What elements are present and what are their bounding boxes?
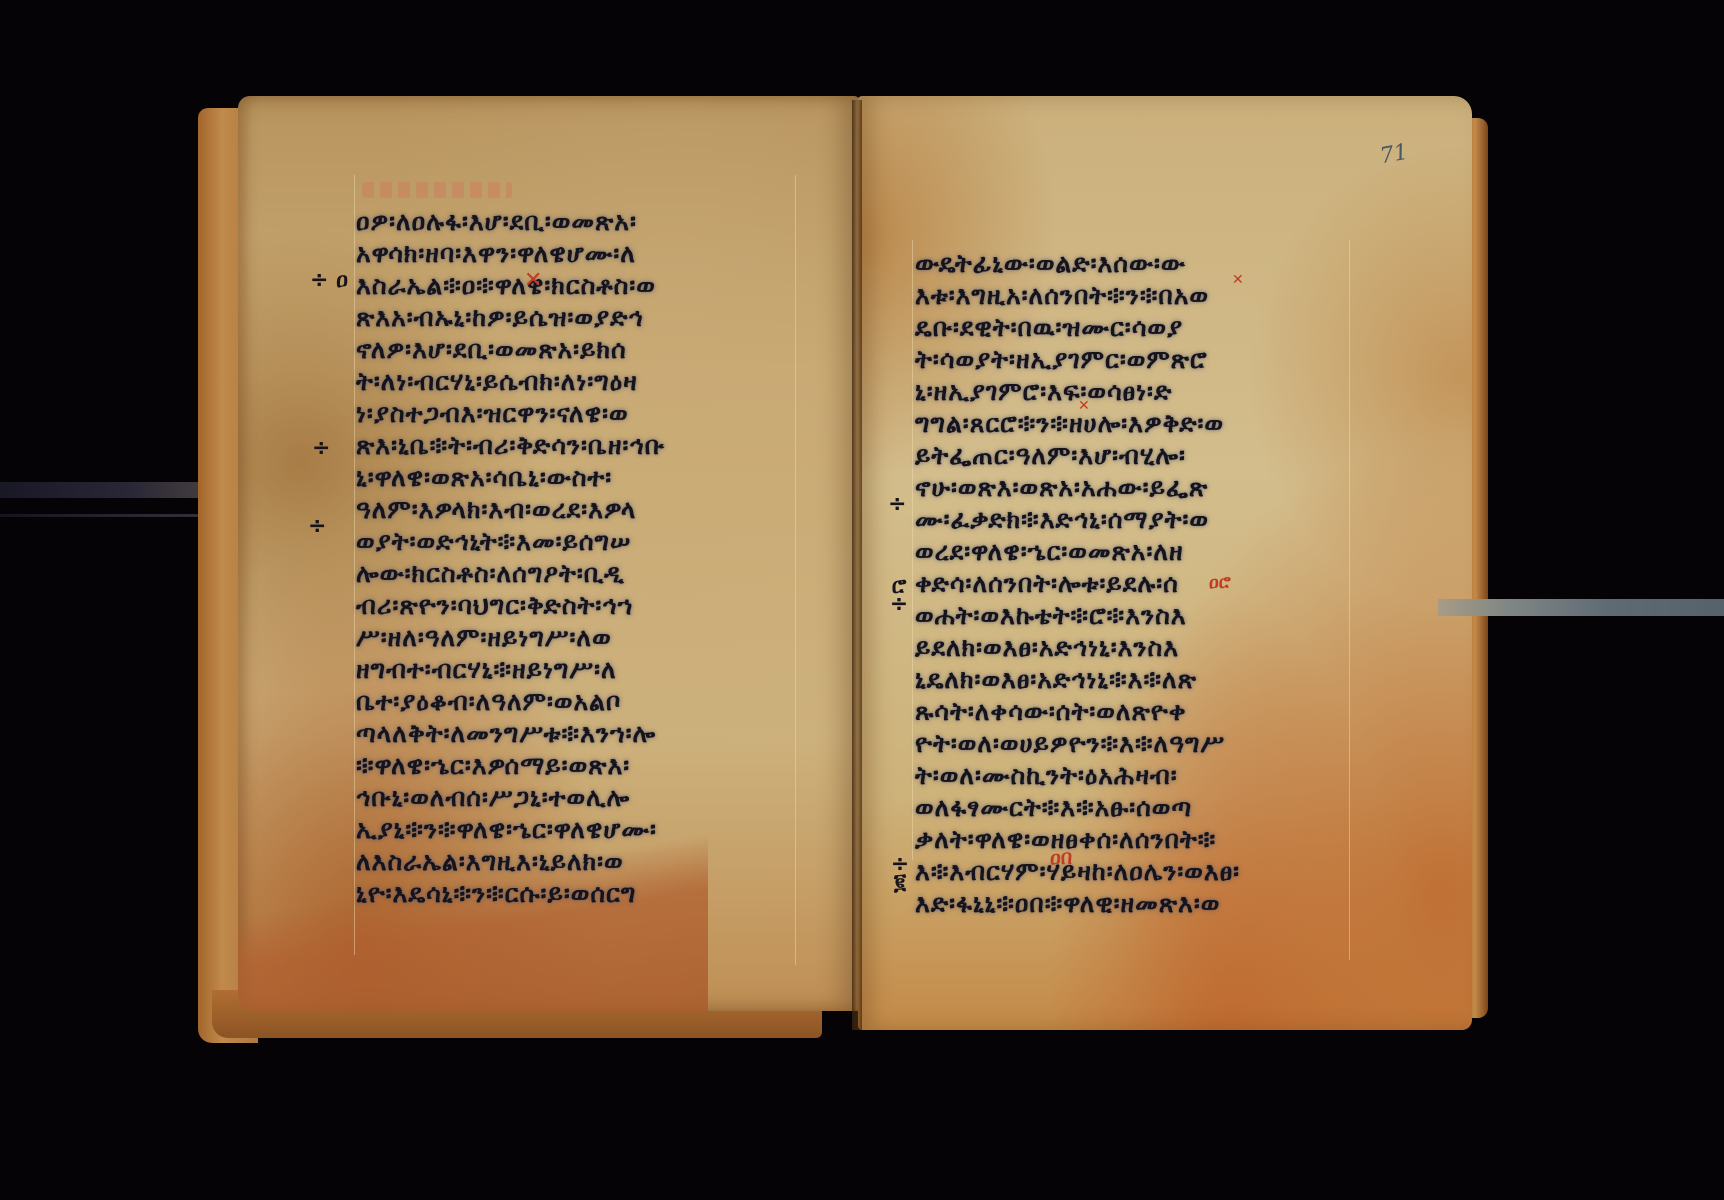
rubric-mark: ✕ <box>524 268 542 293</box>
text-line: ኒዴለክ፡ወእፀ፡አድኅነኒ፨እ፨ለጽ <box>915 664 1385 696</box>
text-line: አዋሳክ፡ዘባ፡እዋን፡ዋለዌሆሙ፡ለ <box>356 238 831 270</box>
text-line: ኖሁ፡ወጽእ፡ወጽአ፡አሐው፡ይፌጽ <box>915 472 1385 504</box>
faded-rubric-heading <box>362 182 512 198</box>
text-line: ት፡ሳወያት፡ዘኢያገምር፡ወምጽሮ <box>915 344 1385 376</box>
text-line: ወረደ፡ዋለዌ፡ኄር፡ወመጽአ፡ለዘ <box>915 536 1385 568</box>
text-line: ዴቡ፡ደዊት፡በዉ፡ዝሙር፡ሳወያ <box>915 312 1385 344</box>
text-line: ወሐት፡ወእኩቴት፨ሮ፨እንስእ <box>915 600 1385 632</box>
text-line: ቤተ፡ያዕቆብ፡ለዓለም፡ወአልቦ <box>356 686 831 718</box>
text-line: ግግል፡ጸርሮ፨ን፨ዘሀሎ፡እዎቅድ፡ወ <box>915 408 1385 440</box>
text-line: ሥ፡ዘለ፡ዓለም፡ዘይነግሥ፡ለወ <box>356 622 831 654</box>
text-line: ጹሳት፡ለቀሳው፡ሰት፡ወለጽዮቀ <box>915 696 1385 728</box>
text-line: ሙ፡ፈቃድክ፨እድኅኒ፡ሰማያት፡ወ <box>915 504 1385 536</box>
text-line: ጽእ፡ኒቤ፨ት፡ብሪ፡ቅድሳን፡ቤዘ፡ኅቡ <box>356 430 831 462</box>
section-mark: ÷ <box>888 496 906 514</box>
text-line: ዮት፡ወለ፡ወሀይዎዮን፨እ፨ለዓግሥ <box>915 728 1385 760</box>
text-line: ፨ዋለዌ፡ኄር፡እዎሰማይ፡ወጽእ፡ <box>356 750 831 782</box>
section-mark: ÷ ዐ <box>310 272 348 290</box>
text-line: ብሪ፡ጽዮን፡ባህግር፡ቅድስት፡ኅኀ <box>356 590 831 622</box>
right-page-text: ውዴትፊኒው፡ወልድ፡እሰው፡ው እቱ፡እግዚአ፡ለሰንበት፨ን፨በአወ ዴቡ፡… <box>915 248 1385 920</box>
rubric-mark: ዐበ <box>1050 845 1072 869</box>
text-line: ይትፌጠር፡ዓለም፡እሆ፡ብሂሎ፡ <box>915 440 1385 472</box>
right-bookmark-ribbon <box>1438 599 1724 616</box>
text-line: እ፨እብርሃም፡ሃይዛከ፡ለዐሌን፡ወእፀ፡ <box>915 856 1385 888</box>
text-line: ት፡ወለ፡ሙስኪንት፡ዕአሕዛብ፡ <box>915 760 1385 792</box>
section-mark: ÷ <box>312 440 330 458</box>
left-page-text: ዐዎ፡ለዐሉፋ፡እሆ፡ደቢ፡ወመጽአ፡ አዋሳክ፡ዘባ፡እዋን፡ዋለዌሆሙ፡ለ … <box>356 206 831 910</box>
text-line: ኅቡኒ፡ወለብሰ፡ሥጋኒ፡ተወሊሎ <box>356 782 831 814</box>
text-line: ይደለክ፡ወእፀ፡አድኅነኒ፡እንስእ <box>915 632 1385 664</box>
rubric-mark: ✕ <box>1232 272 1244 288</box>
text-line: ጣላለቅት፡ለመንግሥቱ፨እንኀ፡ሎ <box>356 718 831 750</box>
text-line: ቀድሳ፡ለሰንበት፡ሎቱ፡ይደሉ፡ሰ <box>915 568 1385 600</box>
rubric-mark: ✕ <box>1078 398 1090 414</box>
section-mark: ÷ <box>308 518 326 536</box>
text-line: እስራኤል፨ዐ፨ዋለዌ፡ክርስቶስ፡ወ <box>356 270 831 302</box>
section-mark: ሮ ÷ <box>884 578 914 614</box>
text-line: ት፡ለነ፡ብርሃኒ፡ይሴብክ፡ለነ፡ግዕዛ <box>356 366 831 398</box>
ruling-line <box>354 175 355 955</box>
ruling-line <box>912 240 913 860</box>
text-line: ነ፡ያስተጋብእ፡ዝርዋን፡ናለዌ፡ወ <box>356 398 831 430</box>
text-line: ወለፋፃሙርት፨እ፨አፁ፡ሰወጣ <box>915 792 1385 824</box>
text-line: ኖለዎ፡እሆ፡ደቢ፡ወመጽአ፡ይክሰ <box>356 334 831 366</box>
text-line: ኒዮ፡እዴሳኒ፨ን፨ርሱ፡ይ፡ወሰርግ <box>356 878 831 910</box>
text-line: ጽእአ፡ብኡኒ፡ከዎ፡ይሴዝ፡ወያድኅ <box>356 302 831 334</box>
text-line: ኒ፡ዘኢያገምሮ፡እፍ፡ወሳፀነ፡ድ <box>915 376 1385 408</box>
text-line: ውዴትፊኒው፡ወልድ፡እሰው፡ው <box>915 248 1385 280</box>
folio-number: 71 <box>1378 140 1410 169</box>
text-line: ኒ፡ዋለዌ፡ወጽአ፡ሳቤኒ፡ውስተ፡ <box>356 462 831 494</box>
text-line: ዓለም፡እዎላክ፡እብ፡ወረደ፡እዎላ <box>356 494 831 526</box>
text-line: ኢያኒ፨ን፨ዋለዌ፡ኄር፡ዋለዌሆሙ፡ <box>356 814 831 846</box>
text-line: እቱ፡እግዚአ፡ለሰንበት፨ን፨በአወ <box>915 280 1385 312</box>
section-mark: ÷ ፪ <box>888 856 912 892</box>
text-line: ዘግብተ፡ብርሃኒ፨ዘይነግሥ፡ለ <box>356 654 831 686</box>
text-line: ወያት፡ወድኅኒት፨እመ፡ይሰግሠ <box>356 526 831 558</box>
text-line: ሎው፡ክርስቶስ፡ለሰግዖት፡ቢዲ <box>356 558 831 590</box>
text-line: ቃለት፡ዋለዌ፡ወዘፀቀሰ፡ለሰንበት፨ <box>915 824 1385 856</box>
rubric-mark: ዐሮ <box>1209 572 1231 593</box>
text-line: ዐዎ፡ለዐሉፋ፡እሆ፡ደቢ፡ወመጽአ፡ <box>356 206 831 238</box>
text-line: ለእስራኤል፡እግዚእ፡ኒይለክ፡ወ <box>356 846 831 878</box>
text-line: እድ፡ፋኒኒ፨ዐበ፨ዋለዊ፡ዘመጽእ፡ወ <box>915 888 1385 920</box>
book-gutter <box>852 100 862 1030</box>
